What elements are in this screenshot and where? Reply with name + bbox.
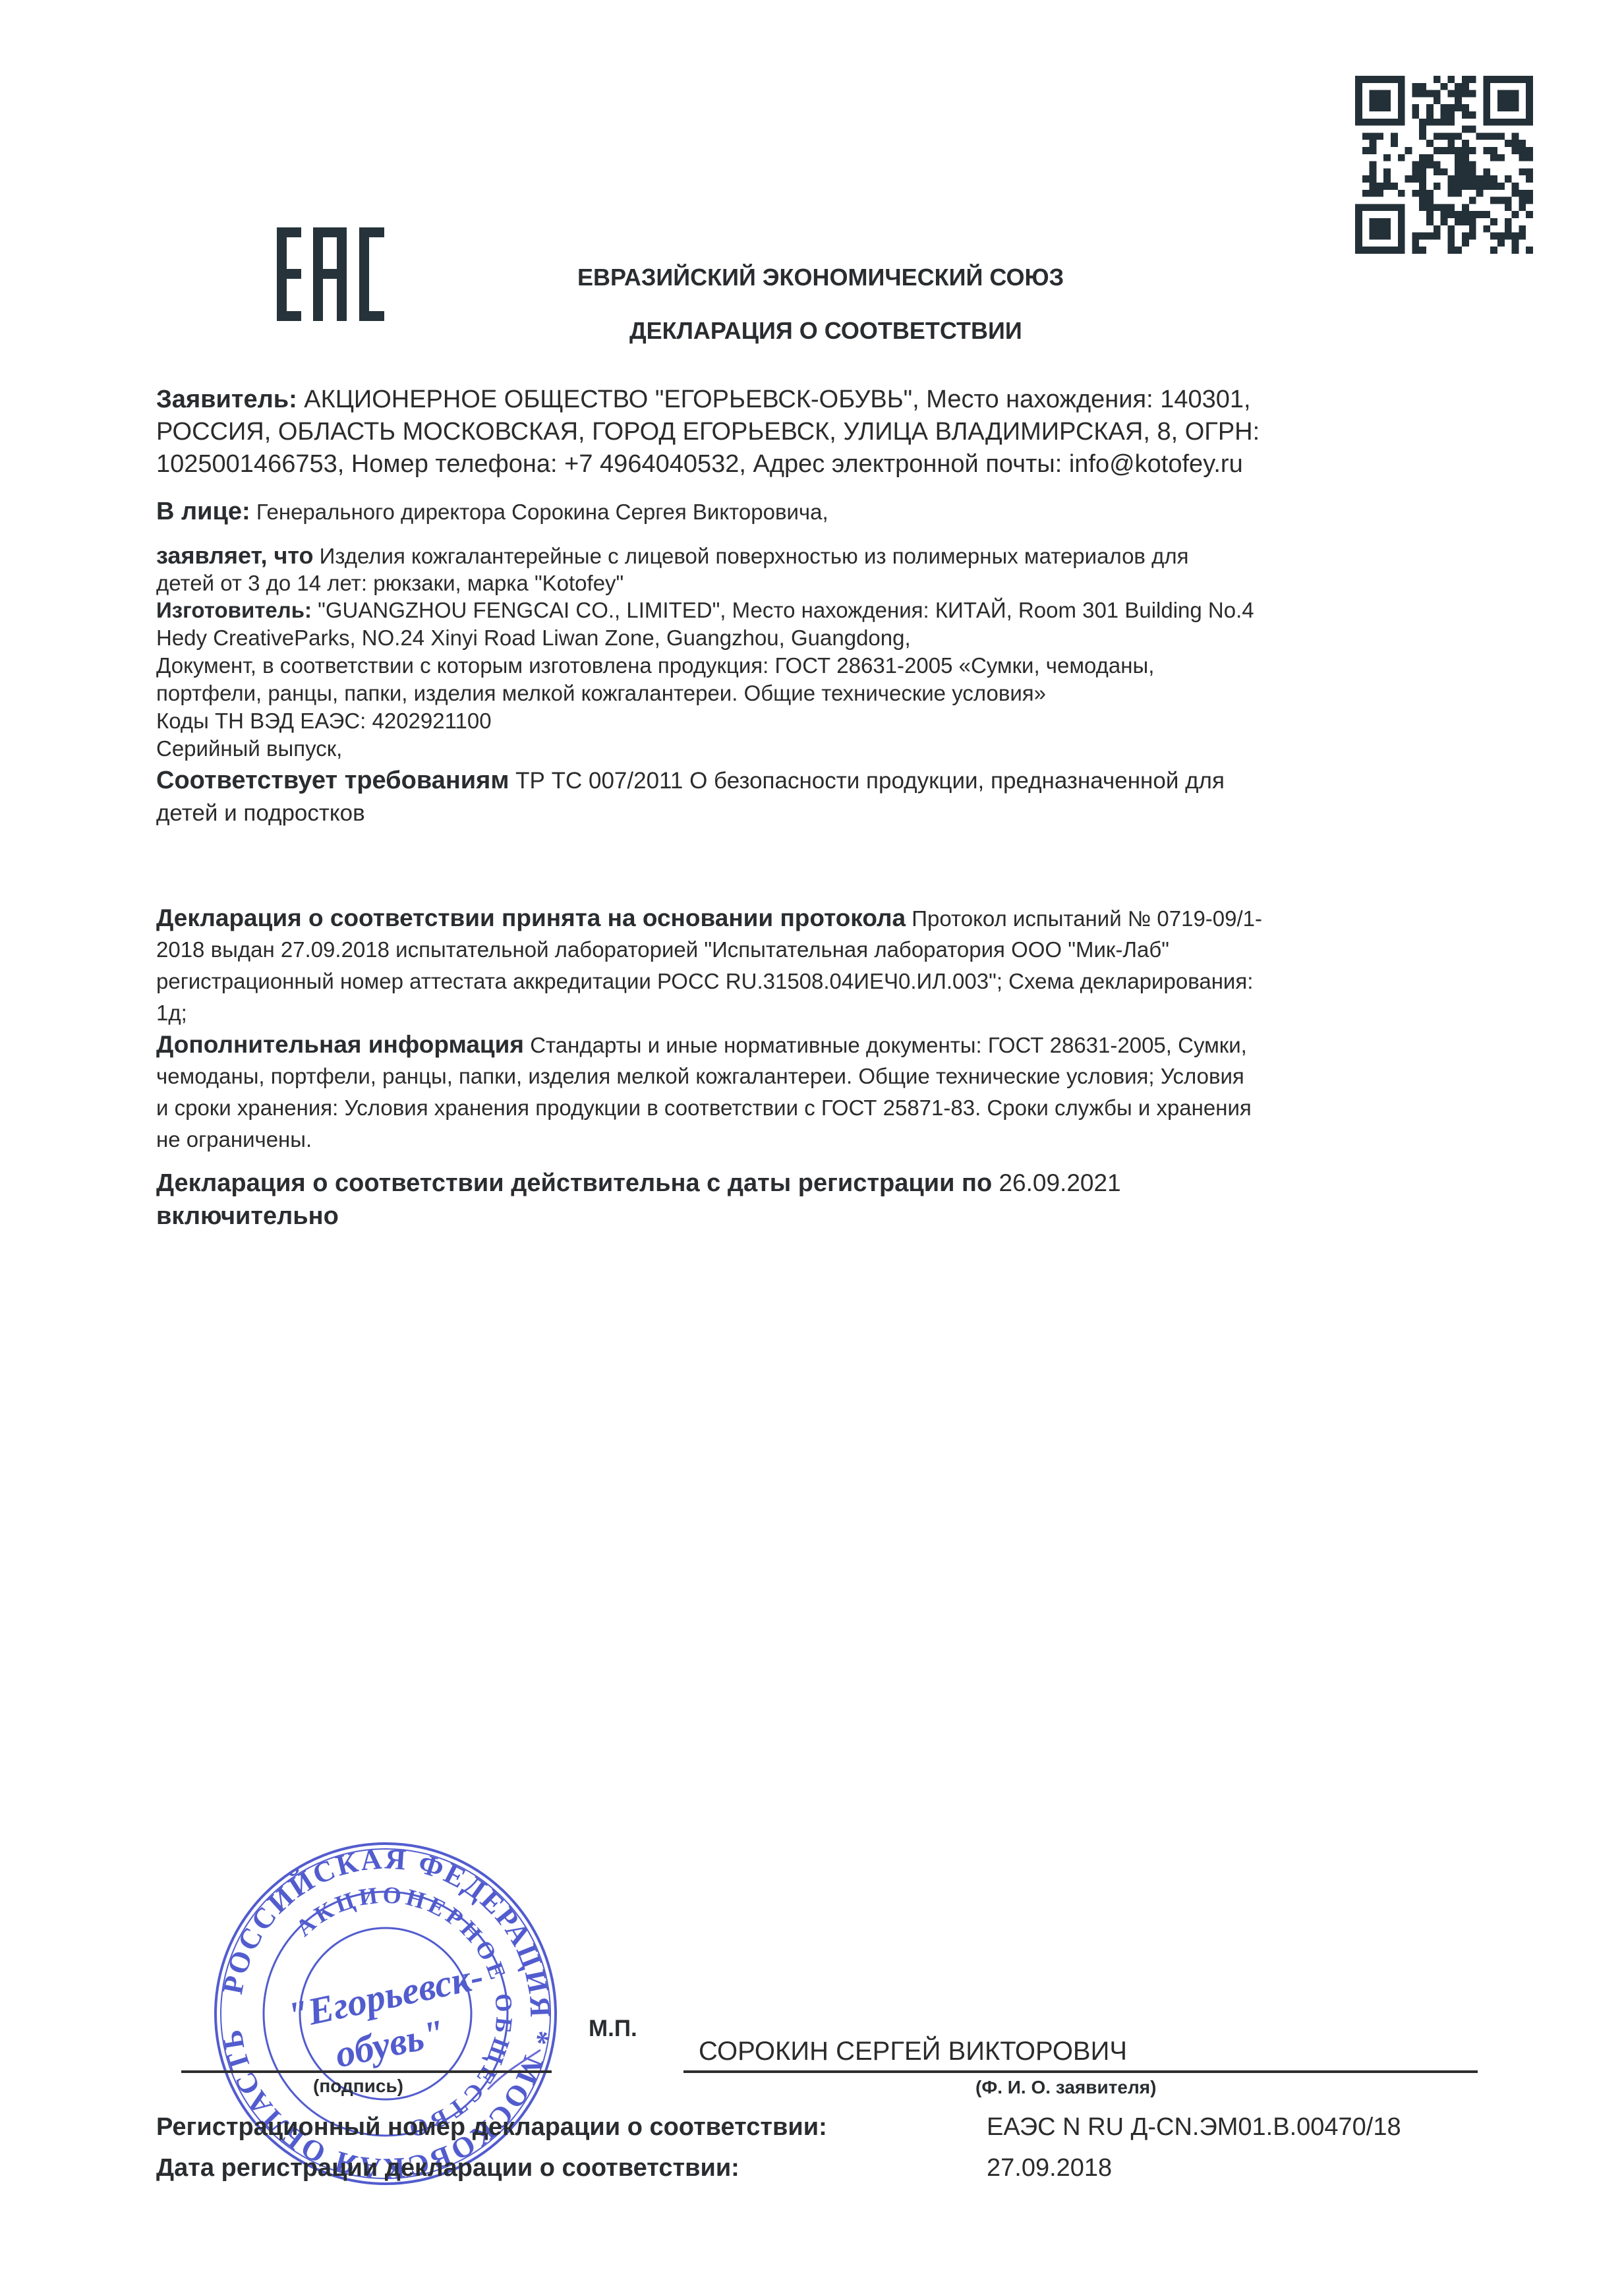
additional-line-1: Дополнительная информация Стандарты и ин… (156, 1031, 1247, 1059)
represented-by-label: В лице: (156, 498, 250, 525)
applicant-line-2: РОССИЯ, ОБЛАСТЬ МОСКОВСКАЯ, ГОРОД ЕГОРЬЕ… (156, 416, 1260, 448)
applicant-value: АКЦИОНЕРНОЕ ОБЩЕСТВО "ЕГОРЬЕВСК-ОБУВЬ", … (297, 386, 1251, 413)
applicant-line-3: 1025001466753, Номер телефона: +7 496404… (156, 448, 1243, 481)
compliance-value: ТР ТС 007/2011 О безопасности продукции,… (509, 768, 1224, 794)
seal-place-label: М.П. (589, 2016, 637, 2042)
protocol-line-2: 2018 выдан 27.09.2018 испытательной лабо… (156, 936, 1169, 963)
manufacturer-line-1: Изготовитель: "GUANGZHOU FENGCAI CO., LI… (156, 597, 1254, 624)
additional-line-4: не ограничены. (156, 1126, 312, 1153)
protocol-line-1: Декларация о соответствии принята на осн… (156, 904, 1262, 932)
protocol-value: Протокол испытаний № 0719-09/1- (906, 906, 1262, 931)
declares-line-2: детей от 3 до 14 лет: рюкзаки, марка "Ko… (156, 569, 623, 597)
represented-by: В лице: Генерального директора Сорокина … (156, 496, 828, 528)
registration-number-value: ЕАЭС N RU Д-CN.ЭМ01.В.00470/18 (987, 2113, 1401, 2142)
manufacturer-label: Изготовитель: (156, 598, 312, 622)
document-title: ДЕКЛАРАЦИЯ О СООТВЕТСТВИИ (629, 317, 1022, 345)
name-caption: (Ф. И. О. заявителя) (975, 2077, 1156, 2098)
protocol-label: Декларация о соответствии принята на осн… (156, 904, 906, 931)
qr-code[interactable] (1355, 76, 1533, 254)
protocol-line-4: 1д; (156, 999, 187, 1026)
signature-line (181, 2070, 552, 2073)
declares-label: заявляет, что (156, 542, 314, 569)
document-basis-line-1: Документ, в соответствии с которым изгот… (156, 652, 1154, 679)
manufacturer-line-2: Hedy CreativeParks, NO.24 Xinyi Road Liw… (156, 624, 911, 651)
signature-caption: (подпись) (313, 2076, 403, 2097)
validity-suffix: включительно (156, 1200, 339, 1233)
validity-label: Декларация о соответствии действительна … (156, 1169, 992, 1197)
eac-logo (274, 227, 386, 321)
compliance-line-1: Соответствует требованиям ТР ТС 007/2011… (156, 765, 1225, 797)
additional-label: Дополнительная информация (156, 1031, 524, 1058)
declares-value: Изделия кожгалантерейные с лицевой повер… (314, 544, 1189, 568)
represented-by-value: Генерального директора Сорокина Сергея В… (250, 500, 828, 524)
declares-line-1: заявляет, что Изделия кожгалантерейные с… (156, 542, 1189, 569)
document-basis-line-2: портфели, ранцы, папки, изделия мелкой к… (156, 680, 1046, 707)
applicant-label: Заявитель: (156, 386, 297, 413)
applicant-line-1: Заявитель: АКЦИОНЕРНОЕ ОБЩЕСТВО "ЕГОРЬЕВ… (156, 384, 1251, 416)
name-line (683, 2070, 1478, 2073)
validity-date: 26.09.2021 (992, 1169, 1120, 1196)
protocol-line-3: регистрационный номер аттестата аккредит… (156, 968, 1253, 995)
registration-date-value: 27.09.2018 (987, 2154, 1112, 2182)
additional-value: Стандарты и иные нормативные документы: … (524, 1033, 1247, 1057)
union-title: ЕВРАЗИЙСКИЙ ЭКОНОМИЧЕСКИЙ СОЮЗ (577, 264, 1064, 291)
manufacturer-value: "GUANGZHOU FENGCAI CO., LIMITED", Место … (312, 598, 1254, 622)
validity-line-1: Декларация о соответствии действительна … (156, 1167, 1121, 1200)
applicant-full-name: СОРОКИН СЕРГЕЙ ВИКТОРОВИЧ (699, 2037, 1127, 2066)
additional-line-2: чемоданы, портфели, ранцы, папки, издели… (156, 1063, 1244, 1090)
additional-line-3: и сроки хранения: Условия хранения проду… (156, 1094, 1252, 1121)
tn-ved-codes: Коды ТН ВЭД ЕАЭС: 4202921100 (156, 707, 492, 734)
serial-release: Серийный выпуск, (156, 735, 342, 762)
compliance-line-2: детей и подростков (156, 797, 365, 829)
compliance-label: Соответствует требованиям (156, 767, 509, 794)
registration-number-label: Регистрационный номер декларации о соотв… (156, 2113, 827, 2142)
registration-date-label: Дата регистрации декларации о соответств… (156, 2154, 739, 2182)
